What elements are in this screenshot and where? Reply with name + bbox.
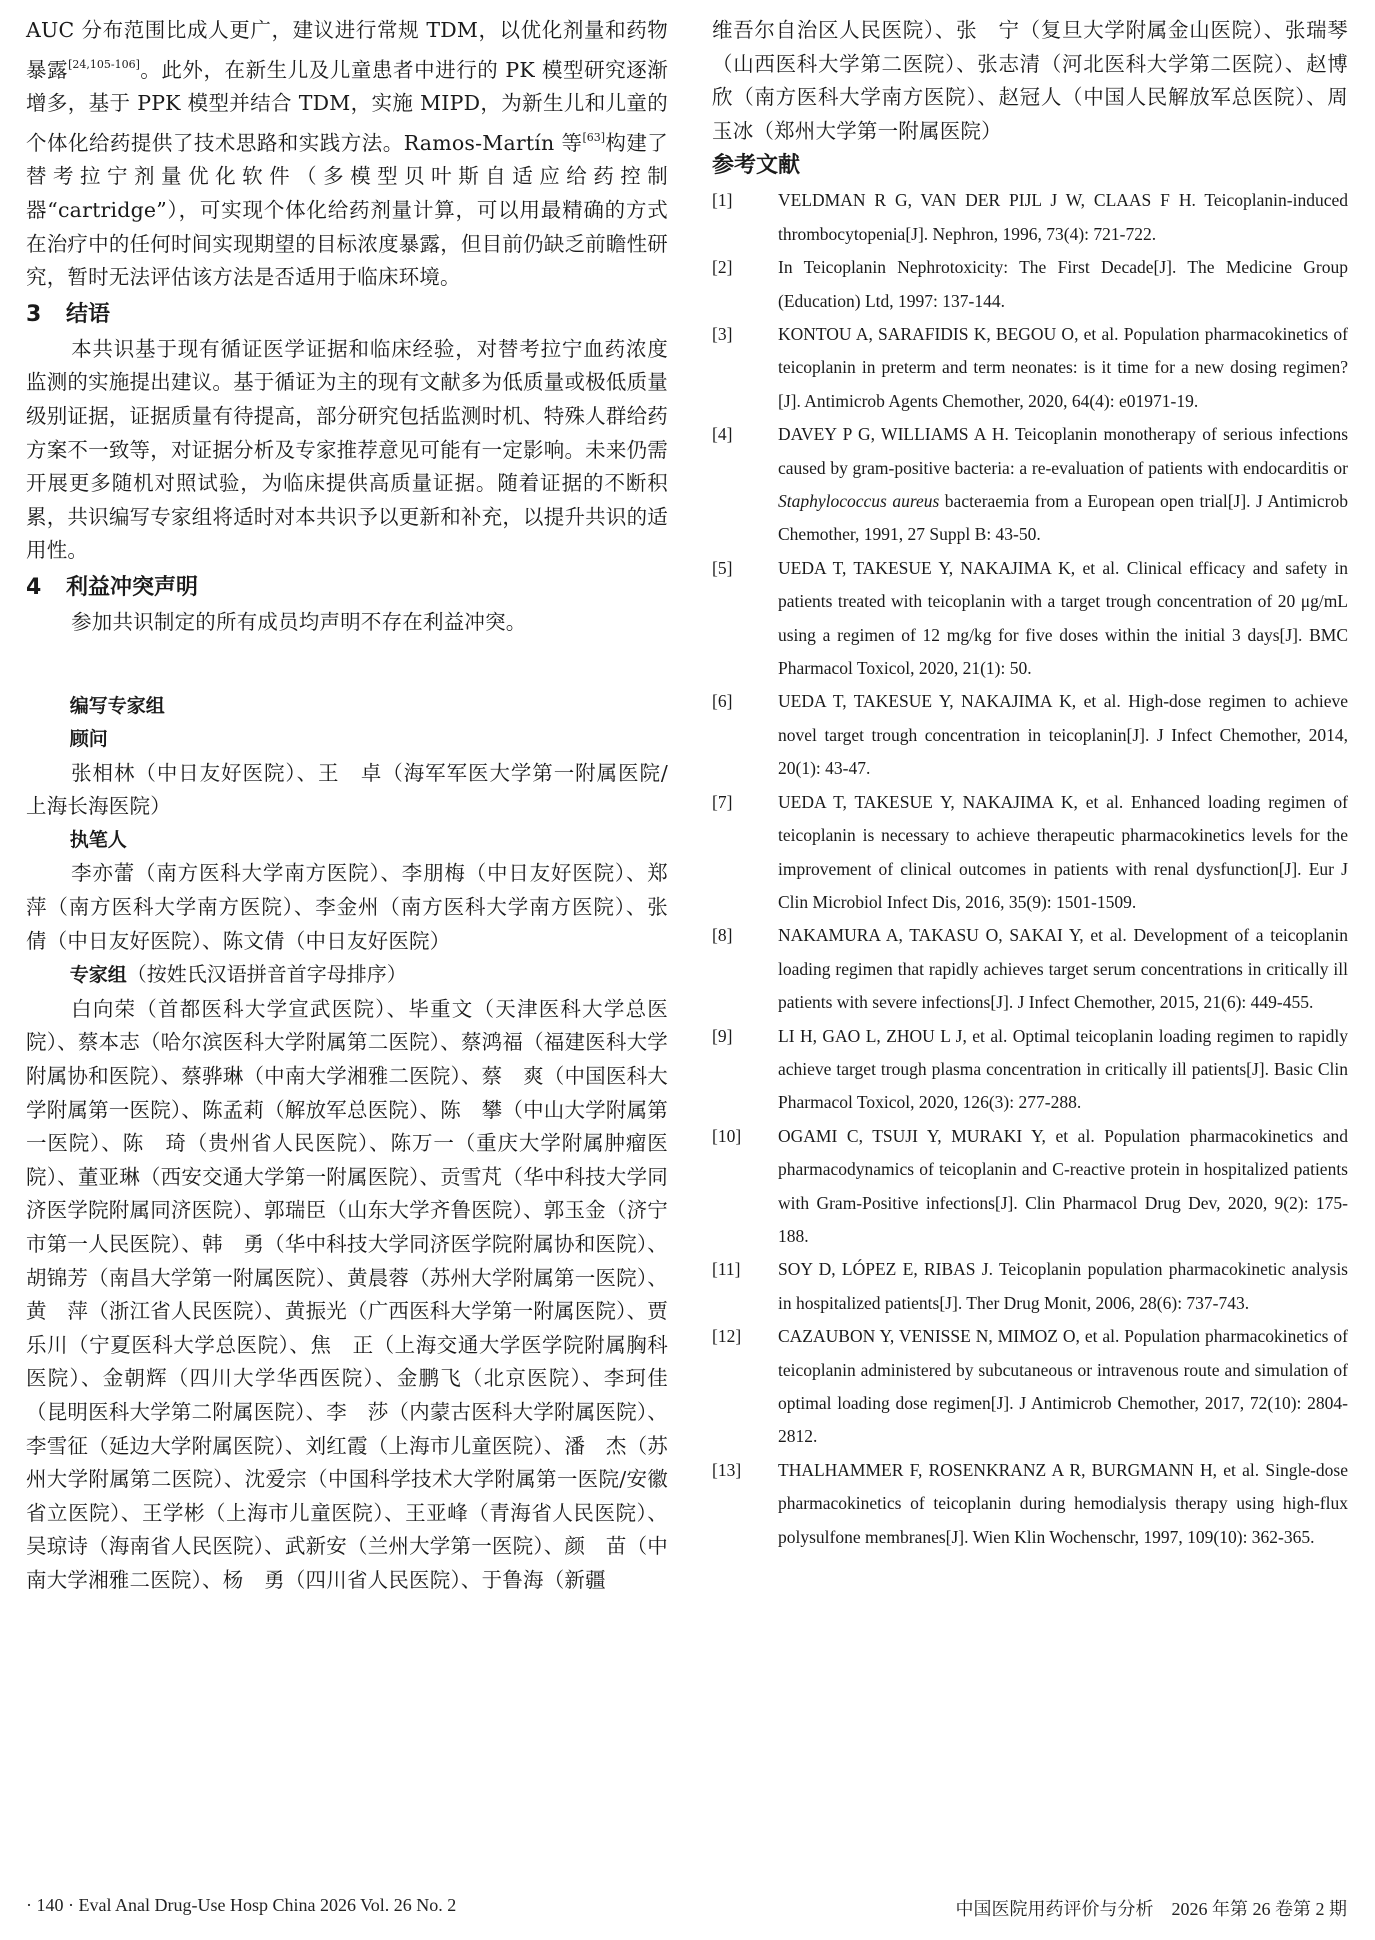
reference-number: [1] bbox=[712, 184, 778, 251]
reference-item: [10]OGAMI C, TSUJI Y, MURAKI Y, et al. P… bbox=[712, 1120, 1348, 1254]
section-heading-conclusion: 3结语 bbox=[26, 297, 668, 333]
conflict-paragraph: 参加共识制定的所有成员均声明不存在利益冲突。 bbox=[26, 606, 668, 640]
references-heading: 参考文献 bbox=[712, 148, 1348, 184]
reference-text: LI H, GAO L, ZHOU L J, et al. Optimal te… bbox=[778, 1020, 1348, 1120]
reference-item: [5]UEDA T, TAKESUE Y, NAKAJIMA K, et al.… bbox=[712, 552, 1348, 686]
reference-number: [10] bbox=[712, 1120, 778, 1254]
spacer bbox=[26, 640, 668, 690]
citation-superscript[interactable]: [24,105-106] bbox=[68, 58, 140, 71]
reference-item: [8]NAKAMURA A, TAKASU O, SAKAI Y, et al.… bbox=[712, 919, 1348, 1019]
reference-item: [11]SOY D, LÓPEZ E, RIBAS J. Teicoplanin… bbox=[712, 1253, 1348, 1320]
reference-item: [4]DAVEY P G, WILLIAMS A H. Teicoplanin … bbox=[712, 418, 1348, 552]
reference-number: [5] bbox=[712, 552, 778, 686]
reference-item: [7]UEDA T, TAKESUE Y, NAKAJIMA K, et al.… bbox=[712, 786, 1348, 920]
right-column: 维吾尔自治区人民医院）、张 宁（复旦大学附属金山医院）、张瑞琴（山西医科大学第二… bbox=[712, 14, 1348, 1554]
reference-list: [1]VELDMAN R G, VAN DER PIJL J W, CLAAS … bbox=[712, 184, 1348, 1554]
advisors-list: 张相林（中日友好医院）、王 卓（海军军医大学第一附属医院/上海长海医院） bbox=[26, 757, 668, 824]
reference-text: CAZAUBON Y, VENISSE N, MIMOZ O, et al. P… bbox=[778, 1320, 1348, 1454]
reference-number: [2] bbox=[712, 251, 778, 318]
reference-item: [1]VELDMAN R G, VAN DER PIJL J W, CLAAS … bbox=[712, 184, 1348, 251]
reference-item: [3]KONTOU A, SARAFIDIS K, BEGOU O, et al… bbox=[712, 318, 1348, 418]
reference-item: [2]In Teicoplanin Nephrotoxicity: The Fi… bbox=[712, 251, 1348, 318]
reference-text: OGAMI C, TSUJI Y, MURAKI Y, et al. Popul… bbox=[778, 1120, 1348, 1254]
section-title: 利益冲突声明 bbox=[66, 575, 198, 600]
reference-number: [11] bbox=[712, 1253, 778, 1320]
advisors-heading: 顾问 bbox=[26, 723, 668, 757]
reference-text-part: DAVEY P G, WILLIAMS A H. Teicoplanin mon… bbox=[778, 424, 1348, 477]
section-title: 结语 bbox=[66, 302, 110, 327]
reference-number: [7] bbox=[712, 786, 778, 920]
conclusion-paragraph: 本共识基于现有循证医学证据和临床经验，对替考拉宁血药浓度监测的实施提出建议。基于… bbox=[26, 333, 668, 568]
reference-item: [13]THALHAMMER F, ROSENKRANZ A R, BURGMA… bbox=[712, 1454, 1348, 1554]
reference-number: [6] bbox=[712, 685, 778, 785]
reference-number: [12] bbox=[712, 1320, 778, 1454]
reference-text: NAKAMURA A, TAKASU O, SAKAI Y, et al. De… bbox=[778, 919, 1348, 1019]
reference-text: THALHAMMER F, ROSENKRANZ A R, BURGMANN H… bbox=[778, 1454, 1348, 1554]
reference-text: KONTOU A, SARAFIDIS K, BEGOU O, et al. P… bbox=[778, 318, 1348, 418]
reference-number: [13] bbox=[712, 1454, 778, 1554]
reference-text: UEDA T, TAKESUE Y, NAKAJIMA K, et al. En… bbox=[778, 786, 1348, 920]
reference-text: UEDA T, TAKESUE Y, NAKAJIMA K, et al. Hi… bbox=[778, 685, 1348, 785]
reference-item: [6]UEDA T, TAKESUE Y, NAKAJIMA K, et al.… bbox=[712, 685, 1348, 785]
reference-number: [3] bbox=[712, 318, 778, 418]
experts-note: （按姓氏汉语拼音首字母排序） bbox=[127, 962, 407, 986]
section-number: 3 bbox=[26, 297, 66, 333]
reference-number: [9] bbox=[712, 1020, 778, 1120]
species-name-italic: Staphylococcus aureus bbox=[778, 491, 939, 511]
intro-paragraph: AUC 分布范围比成人更广，建议进行常规 TDM，以优化剂量和药物暴露[24,1… bbox=[26, 14, 668, 295]
footer-journal-en: · 140 · Eval Anal Drug-Use Hosp China 20… bbox=[26, 1895, 456, 1916]
section-heading-conflict: 4利益冲突声明 bbox=[26, 570, 668, 606]
reference-text: DAVEY P G, WILLIAMS A H. Teicoplanin mon… bbox=[778, 418, 1348, 552]
reference-text: SOY D, LÓPEZ E, RIBAS J. Teicoplanin pop… bbox=[778, 1253, 1348, 1320]
reference-number: [4] bbox=[712, 418, 778, 552]
experts-list-part2: 维吾尔自治区人民医院）、张 宁（复旦大学附属金山医院）、张瑞琴（山西医科大学第二… bbox=[712, 14, 1348, 148]
writers-heading: 执笔人 bbox=[26, 824, 668, 858]
footer-journal-cn: 中国医院用药评价与分析 2026 年第 26 卷第 2 期 bbox=[956, 1895, 1348, 1921]
experts-list-part1: 白向荣（首都医科大学宣武医院）、毕重文（天津医科大学总医院）、蔡本志（哈尔滨医科… bbox=[26, 993, 668, 1598]
experts-title: 专家组 bbox=[70, 964, 127, 986]
section-number: 4 bbox=[26, 570, 66, 606]
reference-item: [9]LI H, GAO L, ZHOU L J, et al. Optimal… bbox=[712, 1020, 1348, 1120]
intro-text-2: 。此外，在新生儿及儿童患者中进行的 PK 模型研究逐渐增多，基于 PPK 模型并… bbox=[26, 58, 668, 155]
experts-heading: 专家组（按姓氏汉语拼音首字母排序） bbox=[26, 958, 668, 993]
reference-number: [8] bbox=[712, 919, 778, 1019]
citation-superscript[interactable]: [63] bbox=[582, 131, 605, 144]
reference-text: UEDA T, TAKESUE Y, NAKAJIMA K, et al. Cl… bbox=[778, 552, 1348, 686]
reference-text: In Teicoplanin Nephrotoxicity: The First… bbox=[778, 251, 1348, 318]
writers-list: 李亦蕾（南方医科大学南方医院）、李朋梅（中日友好医院）、郑 萍（南方医科大学南方… bbox=[26, 857, 668, 958]
expert-group-heading: 编写专家组 bbox=[26, 690, 668, 724]
left-column: AUC 分布范围比成人更广，建议进行常规 TDM，以优化剂量和药物暴露[24,1… bbox=[26, 14, 668, 1598]
reference-text: VELDMAN R G, VAN DER PIJL J W, CLAAS F H… bbox=[778, 184, 1348, 251]
reference-item: [12]CAZAUBON Y, VENISSE N, MIMOZ O, et a… bbox=[712, 1320, 1348, 1454]
